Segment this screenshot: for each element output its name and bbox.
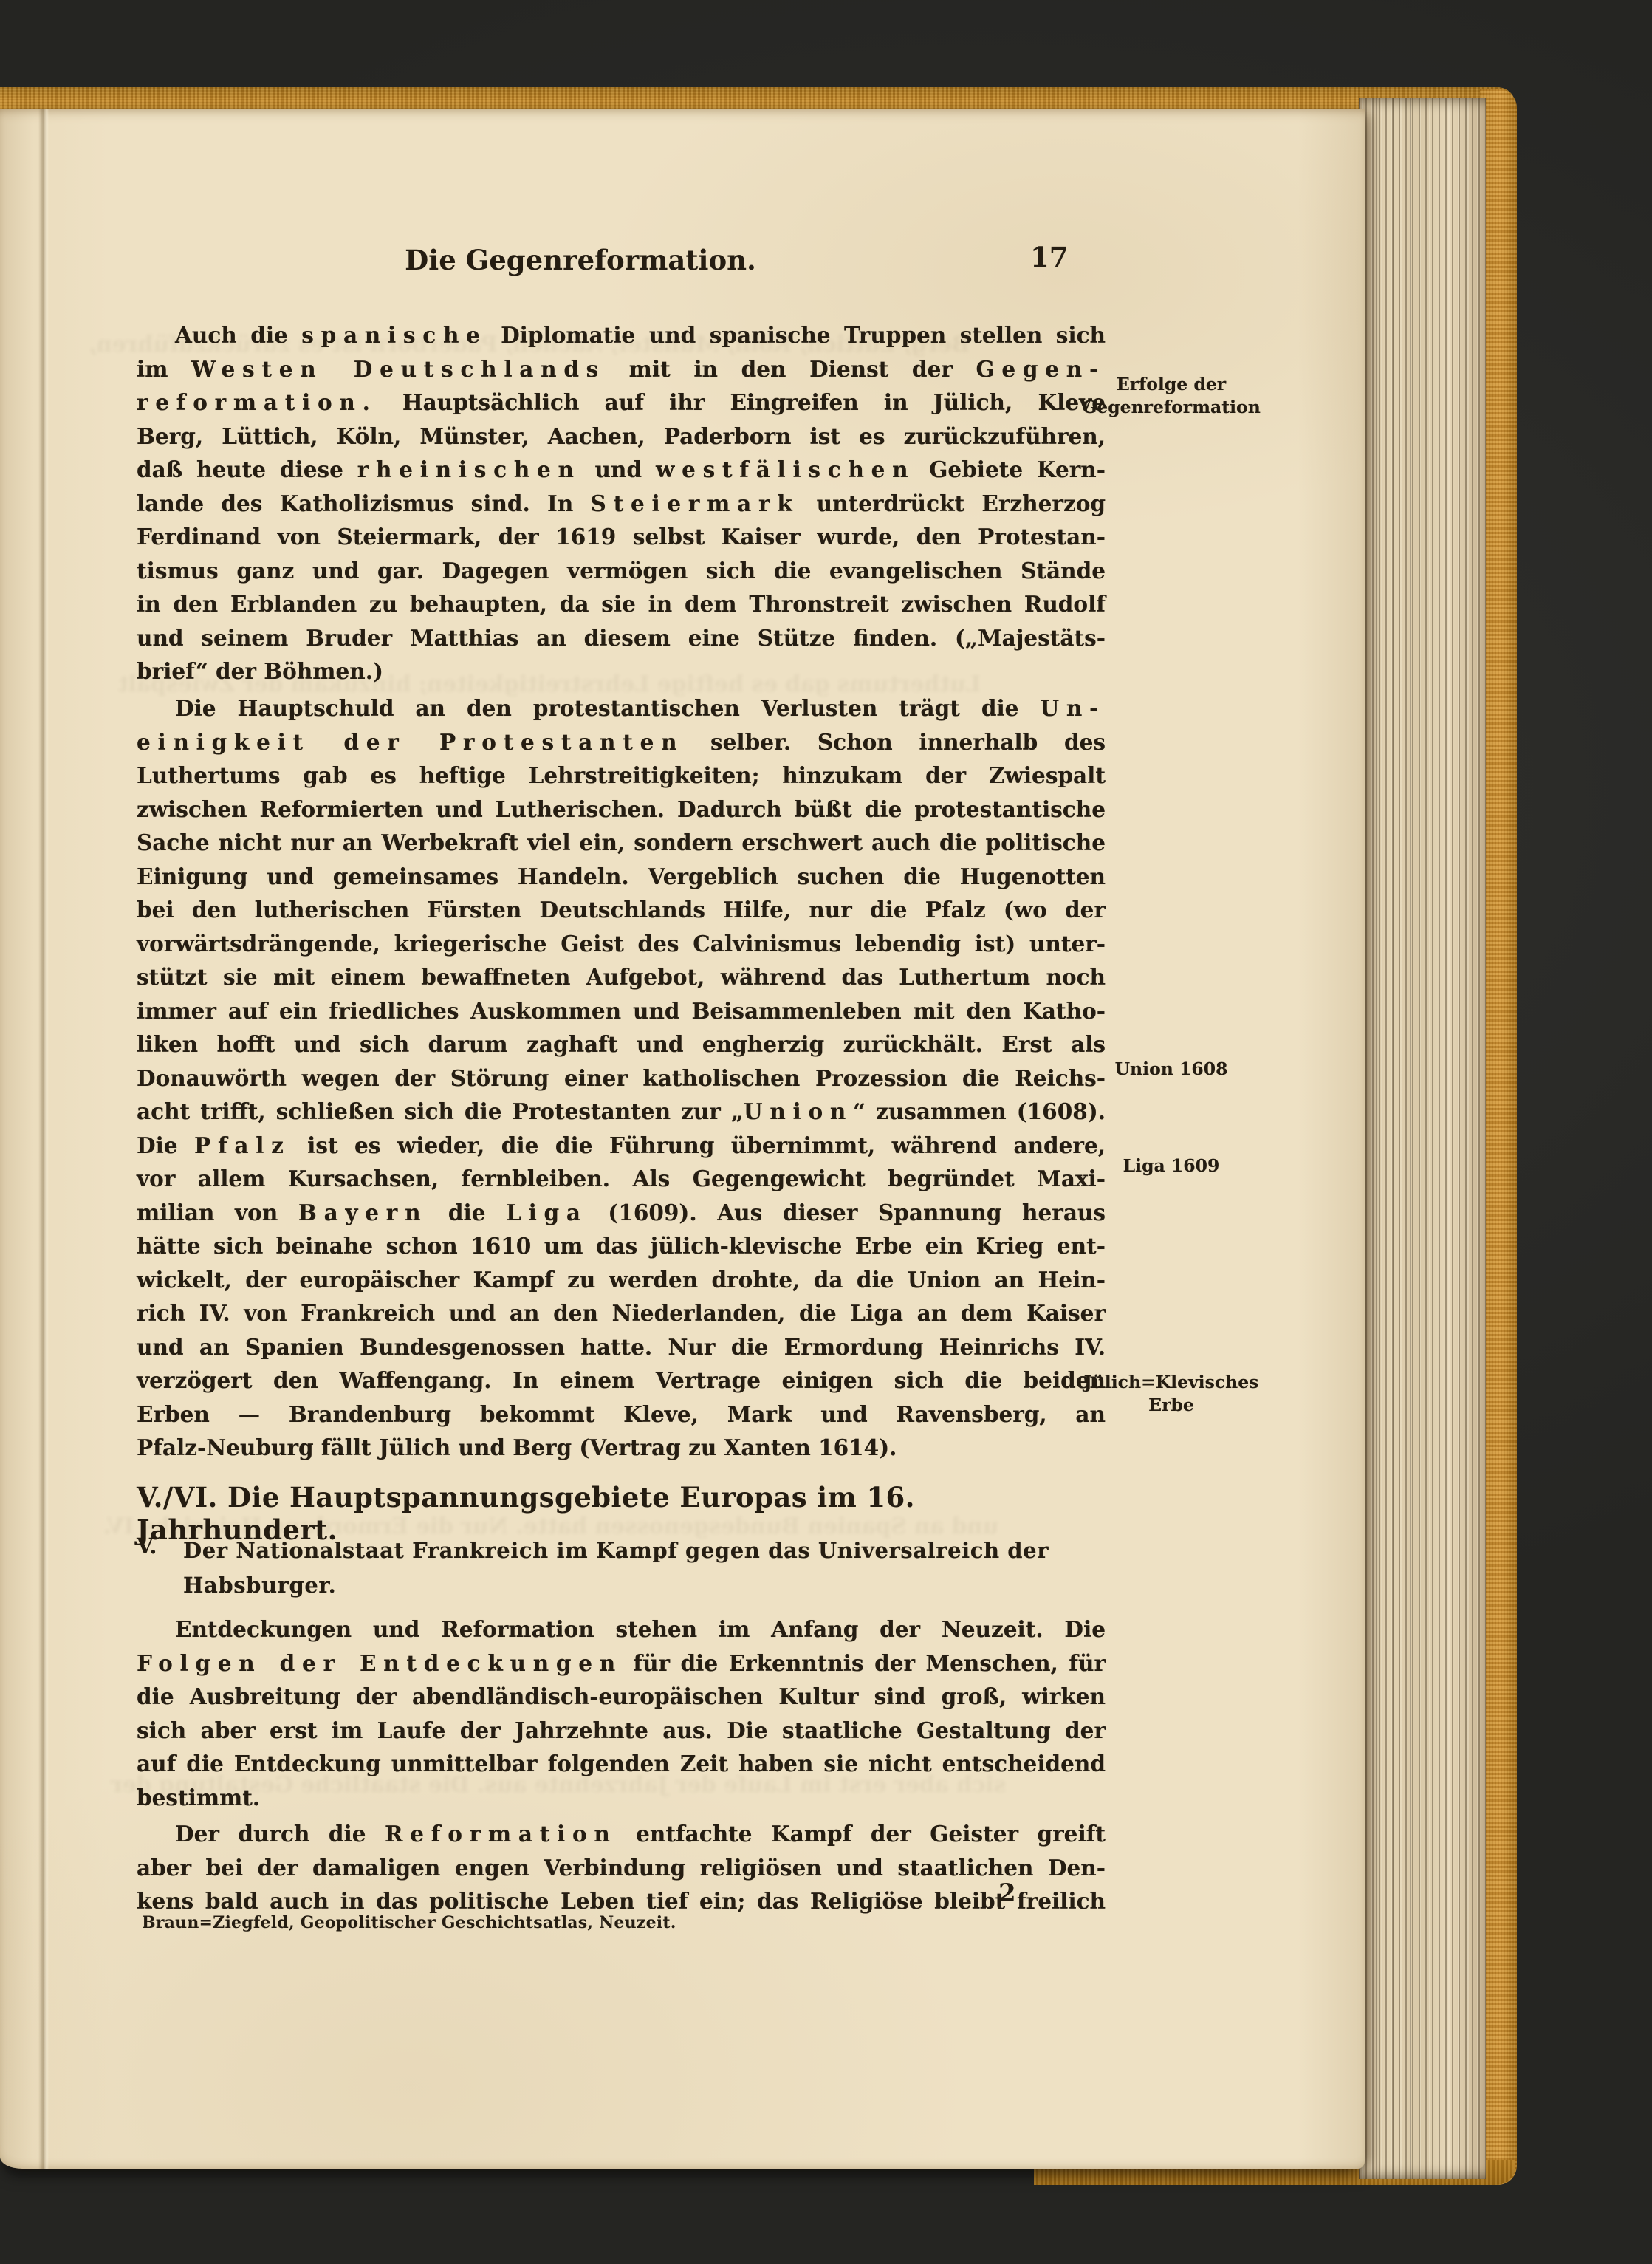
text-line: Auch die spanische Diplomatie und spanis…: [137, 318, 1106, 352]
text-line: Sache nicht nur an Werbekraft viel ein, …: [137, 826, 1106, 860]
text-line: tismus ganz und gar. Dagegen vermögen si…: [137, 554, 1106, 588]
margin-note: Jülich=KlevischesErbe: [1072, 1371, 1270, 1417]
text-line: Habsburger.: [183, 1568, 1106, 1603]
text-line: Berg, Lüttich, Köln, Münster, Aachen, Pa…: [137, 420, 1106, 454]
text-line: Luthertums gab es heftige Lehrstreitigke…: [137, 759, 1106, 793]
text-line: auf die Entdeckung unmittelbar folgenden…: [137, 1747, 1106, 1781]
book-page: Berg, Lüttich, Köln, Münster, Aachen, Pa…: [0, 109, 1365, 2169]
text-line: acht trifft, schließen sich die Protesta…: [137, 1095, 1106, 1129]
text-line: einigkeit der Protestanten selber. Schon…: [137, 725, 1106, 759]
text-line: und seinem Bruder Matthias an diesem ein…: [137, 621, 1106, 655]
page-stack-fore-edge: [1359, 98, 1486, 2179]
text-line: zwischen Reformierten und Lutherischen. …: [137, 793, 1106, 827]
text-line: Gegenreformation: [1072, 396, 1270, 419]
page-number: 17: [1030, 241, 1069, 273]
text-line: Die Hauptschuld an den protestantischen …: [137, 691, 1106, 725]
margin-note: Erfolge derGegenreformation: [1072, 373, 1270, 419]
text-line: daß heute diese rheinischen und westfäli…: [137, 453, 1106, 487]
text-line: die Ausbreitung der abendländisch-europä…: [137, 1680, 1106, 1714]
text-line: vorwärtsdrängende, kriegerische Geist de…: [137, 927, 1106, 961]
text-line: Jülich=Klevisches: [1072, 1371, 1270, 1394]
signature-mark: 2: [998, 1878, 1016, 1908]
text-line: Der Nationalstaat Frankreich im Kampf ge…: [183, 1533, 1106, 1568]
text-line: milian von Bayern die Liga (1609). Aus d…: [137, 1196, 1106, 1230]
text-line: Union 1608: [1072, 1058, 1270, 1081]
footer-imprint: Braun=Ziegfeld, Geopolitischer Geschicht…: [142, 1913, 676, 1932]
text-line: liken hofft und sich darum zaghaft und e…: [137, 1027, 1106, 1061]
text-line: stützt sie mit einem bewaffneten Aufgebo…: [137, 960, 1106, 994]
text-line: Liga 1609: [1072, 1155, 1270, 1177]
running-title: Die Gegenreformation.: [96, 244, 1065, 276]
subsection-title: Der Nationalstaat Frankreich im Kampf ge…: [183, 1533, 1106, 1603]
text-line: bestimmt.: [137, 1781, 1106, 1815]
margin-note: Union 1608: [1072, 1058, 1270, 1081]
text-line: Erben — Brandenburg bekommt Kleve, Mark …: [137, 1398, 1106, 1432]
text-line: und an Spanien Bundesgenossen hatte. Nur…: [137, 1330, 1106, 1364]
text-line: Entdeckungen und Reformation stehen im A…: [137, 1612, 1106, 1646]
text-line: immer auf ein friedliches Auskommen und …: [137, 994, 1106, 1028]
text-line: im Westen Deutschlands mit in den Dienst…: [137, 352, 1106, 386]
paragraph: Die Hauptschuld an den protestantischen …: [137, 691, 1106, 1465]
text-line: rich IV. von Frankreich und an den Niede…: [137, 1296, 1106, 1330]
photographed-book-page: Berg, Lüttich, Köln, Münster, Aachen, Pa…: [0, 0, 1652, 2264]
subsection-heading: V. Der Nationalstaat Frankreich im Kampf…: [137, 1533, 1106, 1603]
text-line: lande des Katholizismus sind. In Steierm…: [137, 487, 1106, 521]
text-line: brief“ der Böhmen.): [137, 654, 1106, 688]
text-line: Ferdinand von Steiermark, der 1619 selbs…: [137, 520, 1106, 554]
paragraph: Auch die spanische Diplomatie und spanis…: [137, 318, 1106, 688]
text-line: Erbe: [1072, 1394, 1270, 1417]
text-line: sich aber erst im Laufe der Jahrzehnte a…: [137, 1714, 1106, 1748]
text-line: Erfolge der: [1072, 373, 1270, 396]
text-line: in den Erblanden zu behaupten, da sie in…: [137, 587, 1106, 621]
text-line: vor allem Kursachsen, fernbleiben. Als G…: [137, 1162, 1106, 1196]
text-line: aber bei der damaligen engen Verbindung …: [137, 1851, 1106, 1885]
text-line: verzögert den Waffengang. In einem Vertr…: [137, 1364, 1106, 1398]
paragraph: Entdeckungen und Reformation stehen im A…: [137, 1612, 1106, 1814]
text-line: Einigung und gemeinsames Handeln. Vergeb…: [137, 860, 1106, 894]
subsection-number: V.: [137, 1533, 157, 1559]
text-line: bei den lutherischen Fürsten Deutschland…: [137, 893, 1106, 927]
text-line: Donauwörth wegen der Störung einer katho…: [137, 1061, 1106, 1095]
gutter-crease: [38, 109, 49, 2169]
text-line: Folgen der Entdeckungen für die Erkenntn…: [137, 1646, 1106, 1680]
text-line: Die Pfalz ist es wieder, die die Führung…: [137, 1129, 1106, 1163]
margin-note: Liga 1609: [1072, 1155, 1270, 1177]
text-line: Pfalz-Neuburg fällt Jülich und Berg (Ver…: [137, 1431, 1106, 1465]
text-line: hätte sich beinahe schon 1610 um das jül…: [137, 1229, 1106, 1263]
text-line: wickelt, der europäischer Kampf zu werde…: [137, 1263, 1106, 1297]
text-line: Der durch die Reformation entfachte Kamp…: [137, 1817, 1106, 1851]
paragraph: Der durch die Reformation entfachte Kamp…: [137, 1817, 1106, 1918]
text-line: reformation. Hauptsächlich auf ihr Eingr…: [137, 386, 1106, 420]
